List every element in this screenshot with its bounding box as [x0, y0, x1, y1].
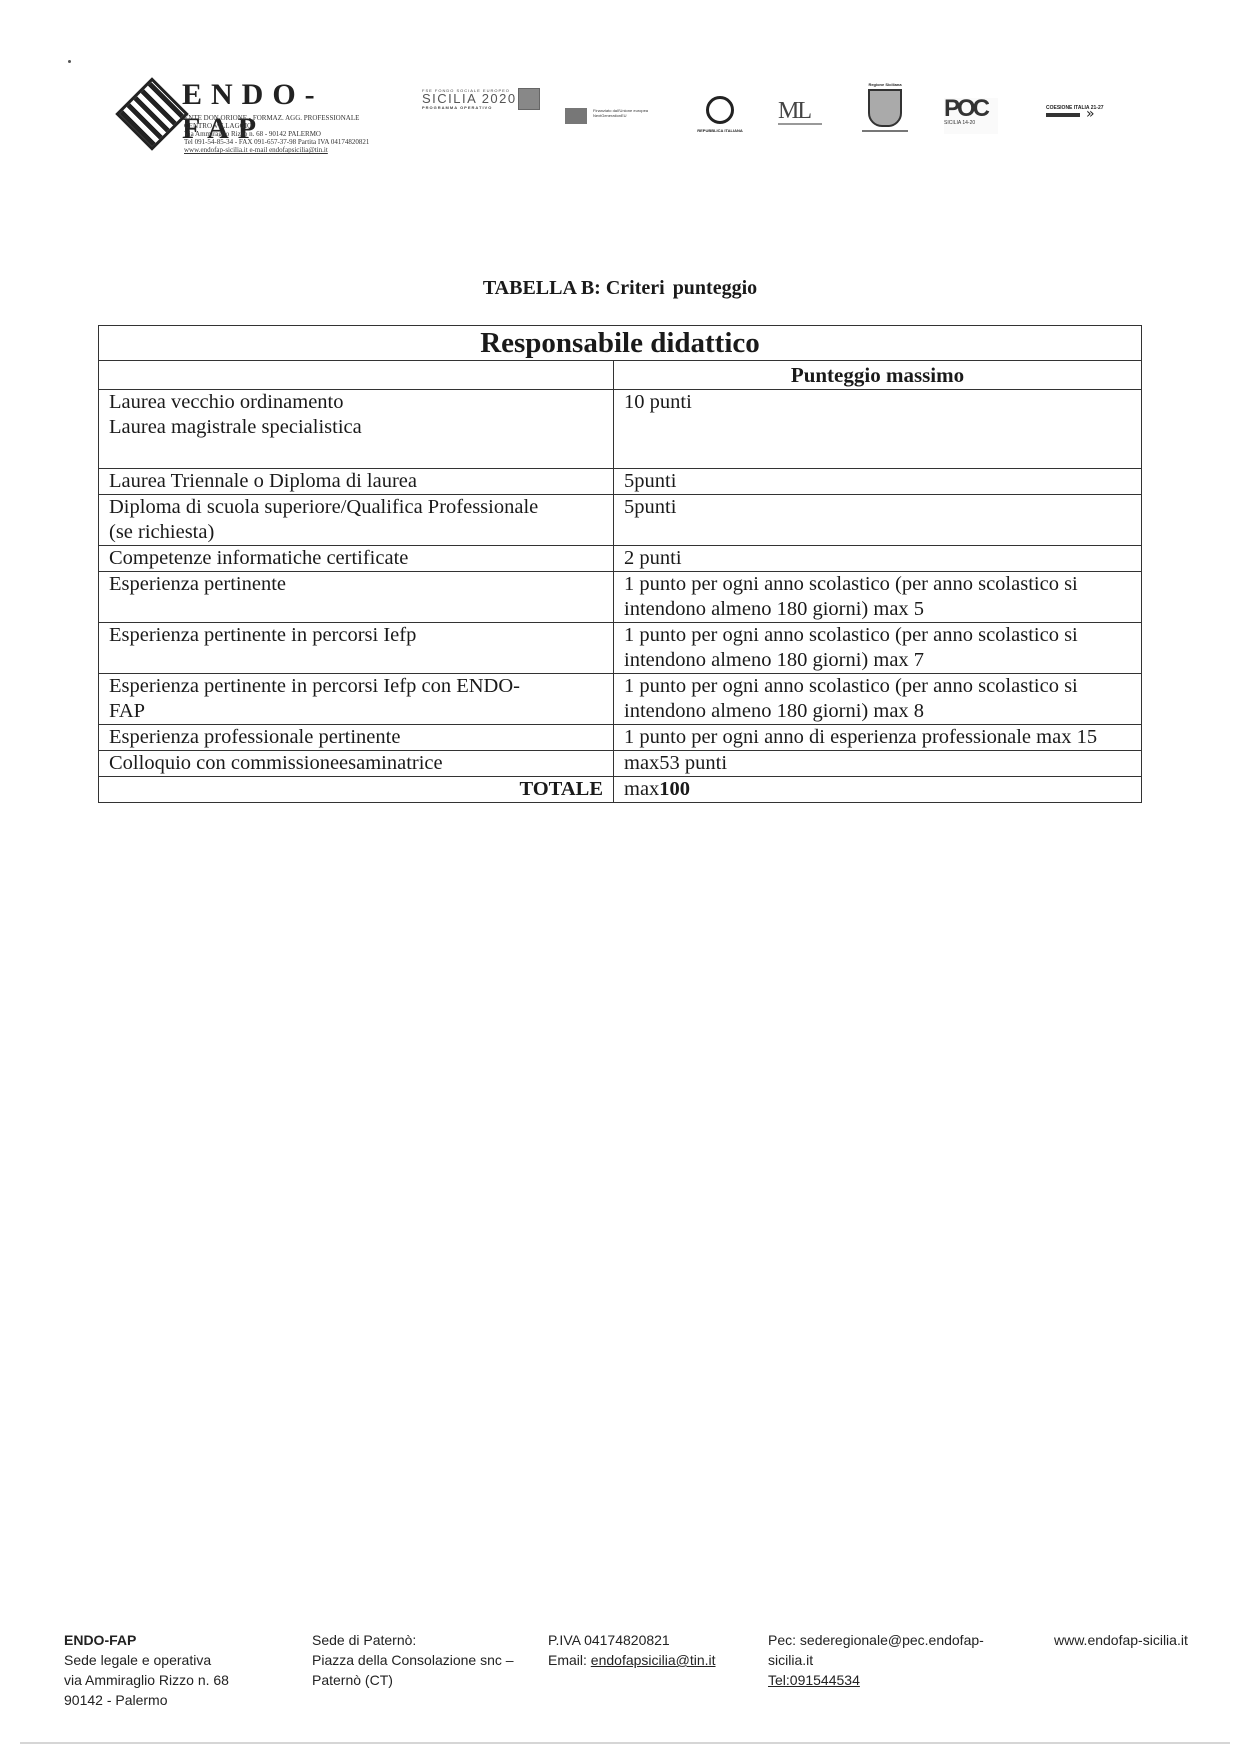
footer-org-name: ENDO-FAP [64, 1630, 229, 1650]
criterion-cell: Laurea vecchio ordinamentoLaurea magistr… [99, 390, 614, 469]
sicily-flag-icon [518, 88, 540, 110]
criterion-cell: Laurea Triennale o Diploma di laurea [99, 469, 614, 495]
criterion-cell: Esperienza pertinente [99, 572, 614, 623]
criterion-cell: Esperienza pertinente in percorsi Iefp c… [99, 674, 614, 725]
total-value: max100 [614, 777, 1142, 803]
criterion-text: Esperienza pertinente in percorsi Iefp [109, 623, 603, 648]
endofap-line: Via Ammiraglio Rizzo n. 68 - 90142 PALER… [184, 130, 414, 138]
table-row: Competenze informatiche certificate2 pun… [99, 546, 1142, 572]
total-label: TOTALE [99, 777, 614, 803]
footer-line: Sede di Paternò: [312, 1630, 514, 1650]
poc-sub: SICILIA 14-20 [944, 120, 998, 126]
page-title: TABELLA B: Criteripunteggio [0, 277, 1240, 300]
ministero-mark: ML [778, 98, 838, 125]
max-score-header: Punteggio massimo [614, 361, 1142, 390]
score-cell: 1 punto per ogni anno scolastico (per an… [614, 572, 1142, 623]
footer-paterno-address: Sede di Paternò: Piazza della Consolazio… [312, 1630, 514, 1690]
footer-line: Paternò (CT) [312, 1670, 514, 1690]
criterion-cell: Colloquio con commissioneesaminatrice [99, 751, 614, 777]
score-cell: 5punti [614, 469, 1142, 495]
score-cell: 1 punto per ogni anno scolastico (per an… [614, 674, 1142, 725]
scan-edge-line [20, 1742, 1230, 1744]
footer-line: via Ammiraglio Rizzo n. 68 [64, 1670, 229, 1690]
footer-pec-tel: Pec: sederegionale@pec.endofap- sicilia.… [768, 1630, 1018, 1690]
footer-pec-cont: sicilia.it [768, 1650, 1018, 1670]
title-part2: punteggio [673, 277, 757, 299]
total-prefix: max [624, 778, 659, 800]
criterion-text: Diploma di scuola superiore/Qualifica Pr… [109, 495, 603, 520]
table-row: Laurea Triennale o Diploma di laurea5pun… [99, 469, 1142, 495]
endofap-logo: ENDO-FAP ENTE DON ORIONE - FORMAZ. AGG. … [120, 78, 400, 168]
footer-piva: P.IVA 04174820821 [548, 1630, 716, 1650]
coesione-bar [1046, 113, 1080, 117]
italian-emblem-icon [706, 96, 734, 124]
repubblica-italiana-logo: REPUBBLICA ITALIANA [690, 96, 750, 133]
regione-text: Regione Siciliana [860, 82, 910, 87]
criterion-text: Laurea magistrale specialistica [109, 415, 603, 440]
ministero-logo: ML [778, 98, 838, 125]
footer-pec: Pec: sederegionale@pec.endofap- [768, 1630, 1018, 1650]
title-part1: TABELLA B: Criteri [483, 277, 665, 299]
empty-header-cell [99, 361, 614, 390]
footer-line: Piazza della Consolazione snc – [312, 1650, 514, 1670]
coesione-text: COESIONE ITALIA 21-27 [1046, 106, 1116, 111]
footer-website[interactable]: www.endofap-sicilia.it [1054, 1630, 1188, 1650]
footer-tax-email: P.IVA 04174820821 Email: endofapsicilia@… [548, 1630, 716, 1670]
criterion-cell: Competenze informatiche certificate [99, 546, 614, 572]
criterion-text: Competenze informatiche certificate [109, 546, 603, 571]
footer-email-label: Email: [548, 1652, 591, 1668]
table-row: Esperienza pertinente in percorsi Iefp1 … [99, 623, 1142, 674]
footer-tel-link[interactable]: Tel:091544534 [768, 1670, 1018, 1690]
endofap-line: Tel 091-54-85-34 - FAX 091-657-37-98 Par… [184, 138, 414, 146]
score-cell: 2 punti [614, 546, 1142, 572]
scan-speck [68, 60, 71, 63]
regione-siciliana-logo: Regione Siciliana [860, 82, 910, 132]
table-row: Laurea vecchio ordinamentoLaurea magistr… [99, 390, 1142, 469]
footer-email-line: Email: endofapsicilia@tin.it [548, 1650, 716, 1670]
score-cell: 1 punto per ogni anno di esperienza prof… [614, 725, 1142, 751]
sicilia-2020-logo: FSE FONDO SOCIALE EUROPEO SICILIA 2020 P… [422, 88, 542, 110]
endofap-address-block: ENTE DON ORIONE - FORMAZ. AGG. PROFESSIO… [184, 114, 414, 154]
regione-shield-icon [868, 89, 902, 127]
criterion-cell: Esperienza pertinente in percorsi Iefp [99, 623, 614, 674]
criterion-text: Laurea vecchio ordinamento [109, 390, 603, 415]
score-cell: 5punti [614, 495, 1142, 546]
footer-legal-address: ENDO-FAP Sede legale e operativa via Amm… [64, 1630, 229, 1710]
regione-caption [862, 130, 908, 132]
score-cell: 1 punto per ogni anno scolastico (per an… [614, 623, 1142, 674]
endofap-line: ENTE DON ORIONE - FORMAZ. AGG. PROFESSIO… [184, 114, 414, 122]
letterhead: ENDO-FAP ENTE DON ORIONE - FORMAZ. AGG. … [0, 78, 1240, 178]
ue-text: Finanziato dall'Unione europea NextGener… [593, 108, 655, 118]
criterion-text: Esperienza pertinente in percorsi Iefp c… [109, 674, 603, 699]
endofap-diamond-icon [115, 77, 189, 151]
table-row: Diploma di scuola superiore/Qualifica Pr… [99, 495, 1142, 546]
repubblica-text: REPUBBLICA ITALIANA [690, 128, 750, 133]
criterion-text: (se richiesta) [109, 520, 603, 545]
endofap-line: CENTRO VILLAGGIO [184, 122, 414, 130]
score-cell: max53 punti [614, 751, 1142, 777]
scoring-criteria-table: Responsabile didattico Punteggio massimo… [98, 325, 1142, 803]
score-cell: 10 punti [614, 390, 1142, 469]
criterion-text: Laurea Triennale o Diploma di laurea [109, 469, 603, 494]
endofap-line: www.endofap-sicilia.it e-mail endofapsic… [184, 146, 414, 154]
poc-logo: POC SICILIA 14-20 [944, 98, 998, 134]
total-row: TOTALE max100 [99, 777, 1142, 803]
criterion-cell: Diploma di scuola superiore/Qualifica Pr… [99, 495, 614, 546]
total-number: 100 [659, 778, 690, 800]
coesione-logo: COESIONE ITALIA 21-27 » [1046, 106, 1116, 117]
table-row: Esperienza pertinente1 punto per ogni an… [99, 572, 1142, 623]
footer-line: Sede legale e operativa [64, 1650, 229, 1670]
table-row: Esperienza pertinente in percorsi Iefp c… [99, 674, 1142, 725]
poc-main: POC [944, 98, 998, 120]
criterion-text: Colloquio con commissioneesaminatrice [109, 751, 603, 776]
table-row: Colloquio con commissioneesaminatricemax… [99, 751, 1142, 777]
criterion-cell: Esperienza professionale pertinente [99, 725, 614, 751]
footer-email-link[interactable]: endofapsicilia@tin.it [591, 1652, 716, 1668]
criterion-text: Esperienza professionale pertinente [109, 725, 603, 750]
role-title: Responsabile didattico [99, 326, 1142, 361]
table-row: Esperienza professionale pertinente1 pun… [99, 725, 1142, 751]
column-header-row: Punteggio massimo [99, 361, 1142, 390]
criterion-text: FAP [109, 699, 603, 724]
coesione-arrows-icon: » [1086, 106, 1095, 122]
criterion-text: Esperienza pertinente [109, 572, 603, 597]
criteria-rows: Laurea vecchio ordinamentoLaurea magistr… [99, 390, 1142, 777]
footer-line: 90142 - Palermo [64, 1690, 229, 1710]
role-header-row: Responsabile didattico [99, 326, 1142, 361]
eu-flag-icon [565, 108, 587, 124]
